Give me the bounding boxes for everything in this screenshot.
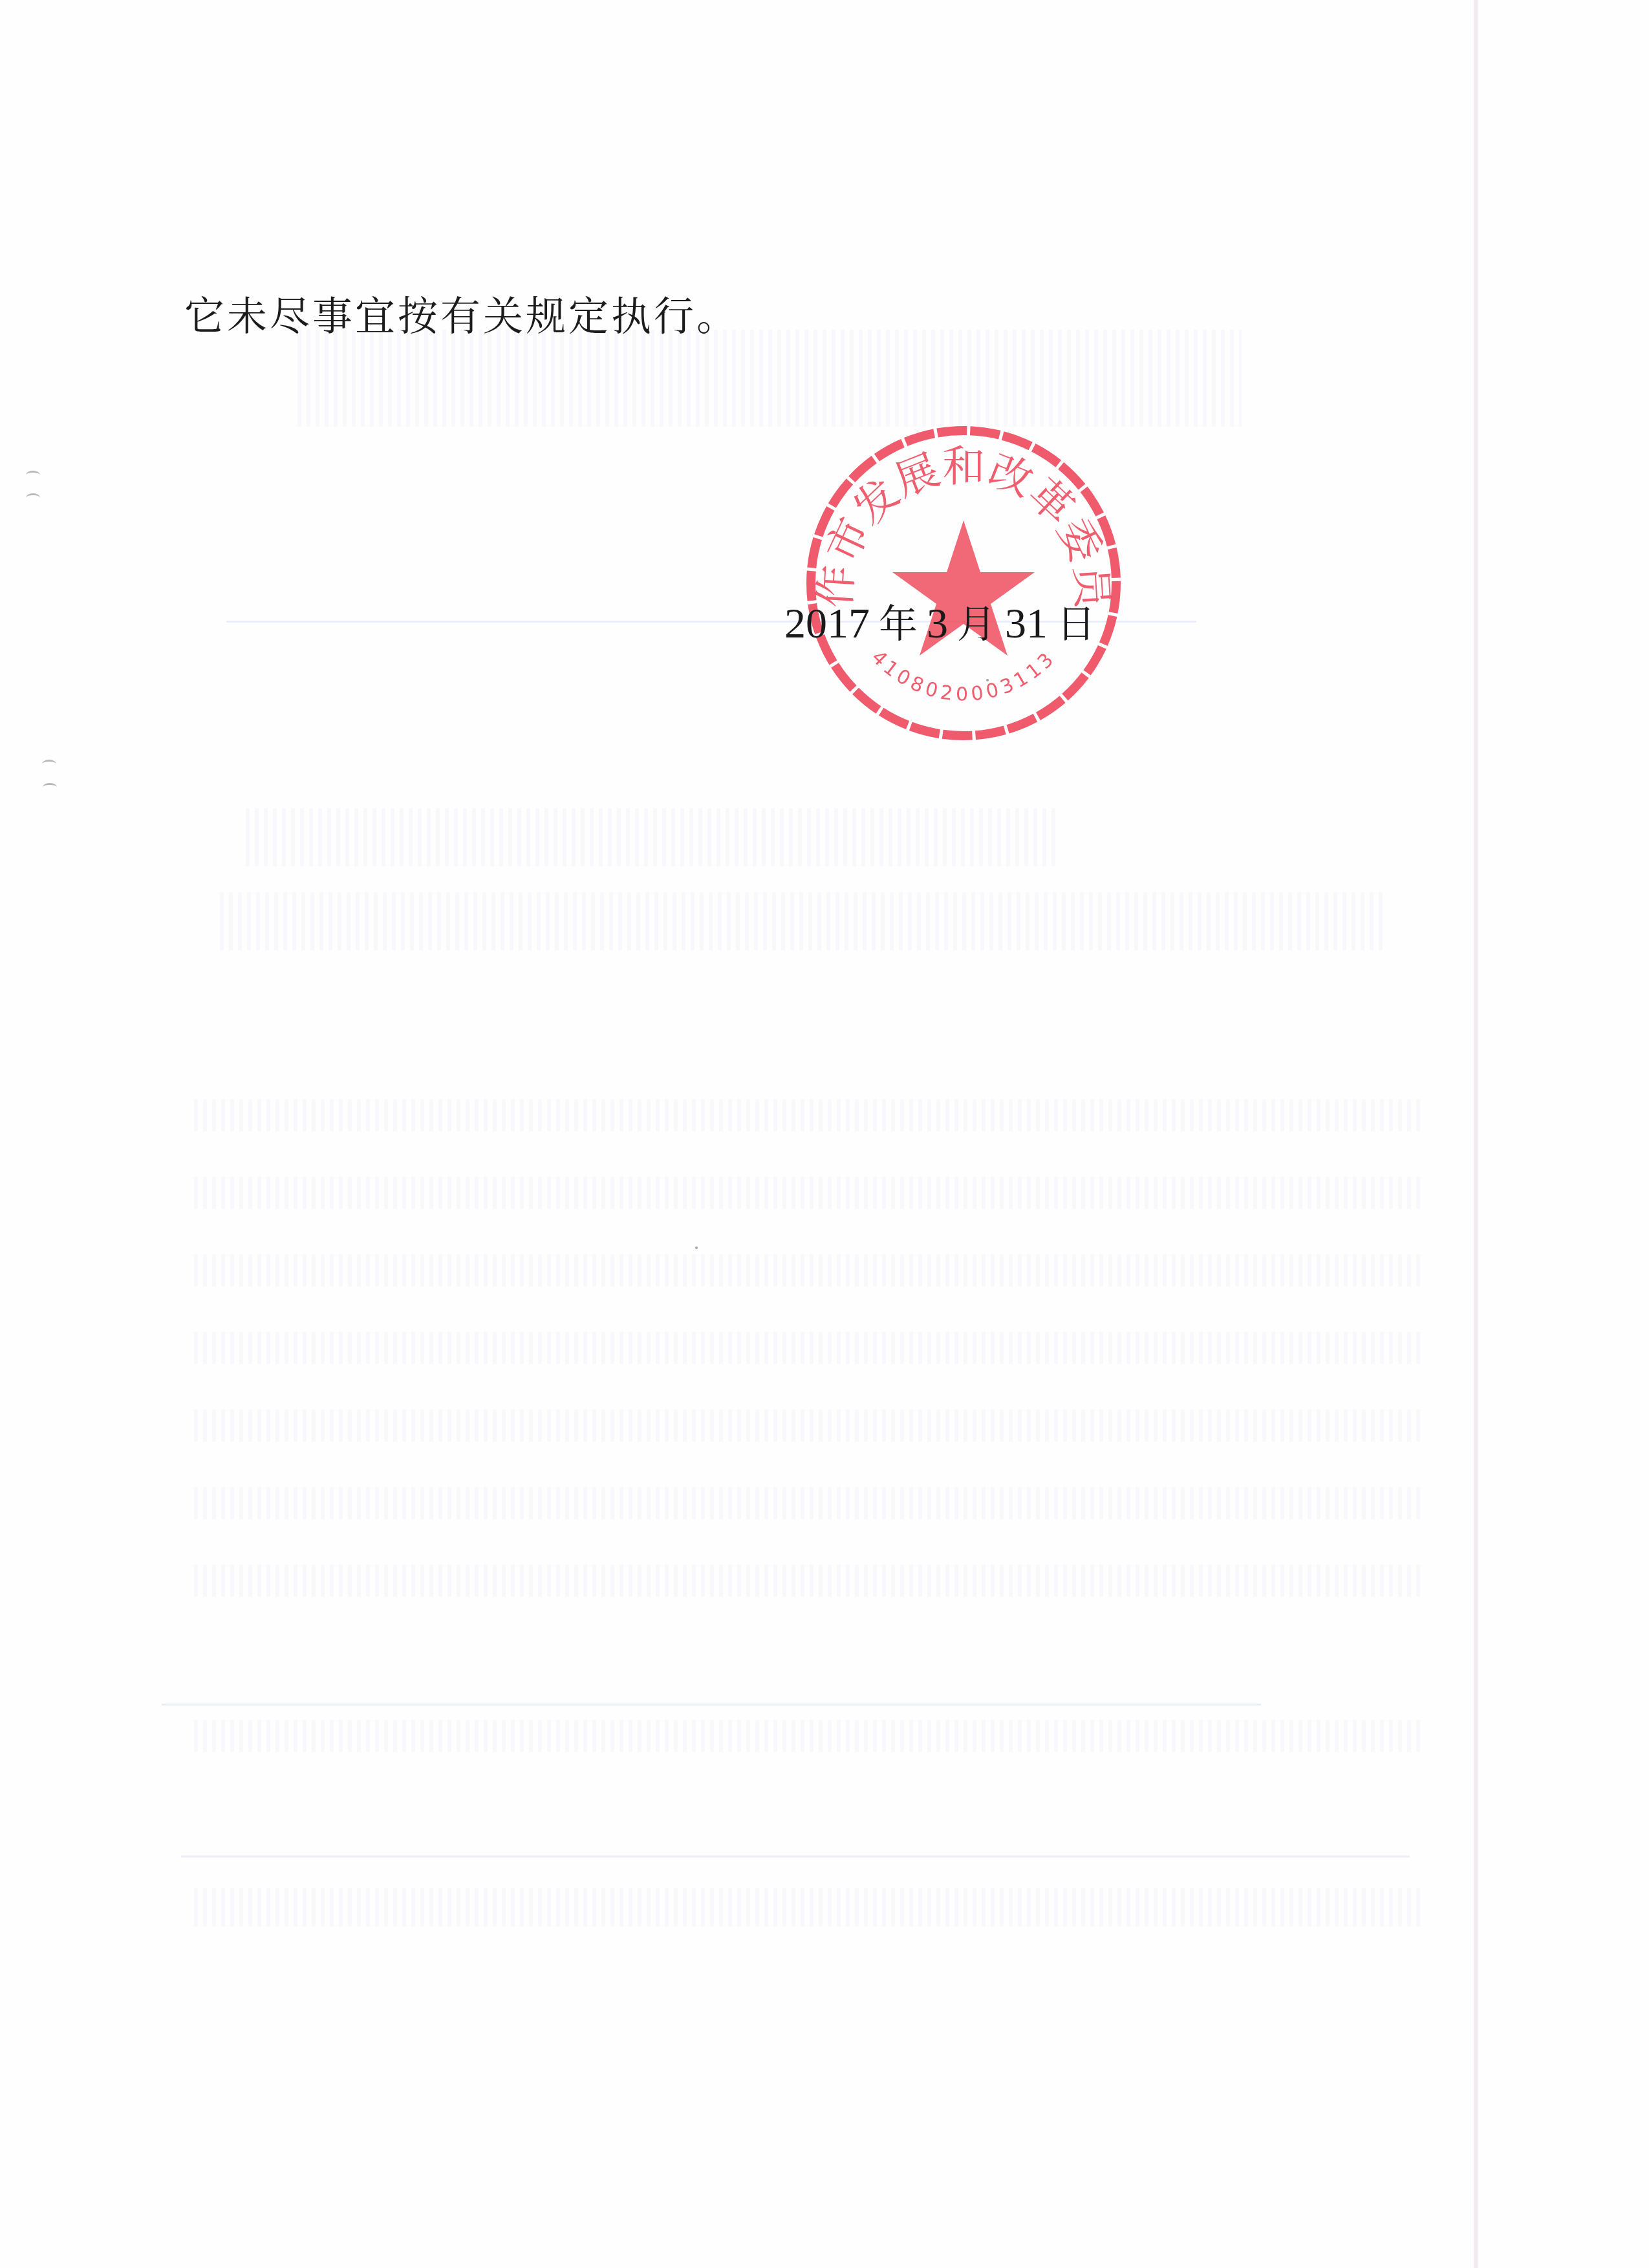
showthrough-noise: [194, 1099, 1423, 1131]
showthrough-noise: [194, 1720, 1423, 1752]
showthrough-noise: [220, 892, 1384, 950]
showthrough-noise: [246, 808, 1061, 866]
showthrough-noise: [297, 330, 1242, 427]
binding-hole-mark: [26, 493, 40, 502]
date-year-unit: 年: [879, 602, 918, 647]
showthrough-noise: [194, 1565, 1423, 1597]
seal-code-text: 4108020003113: [867, 646, 1061, 706]
seal-graphic: 焦作市发展和改革委员会 4108020003113: [794, 414, 1130, 750]
seal-ring: [811, 431, 1116, 736]
date-day: 31: [1005, 600, 1048, 647]
date-month: 3: [927, 600, 948, 647]
scan-speck: [695, 1246, 698, 1249]
scan-speck: [986, 679, 989, 681]
seal-organization-text: 焦作市发展和改革委员会: [794, 414, 1117, 613]
signature-date: 2017年3月31日: [784, 594, 1105, 649]
binding-hole-mark: [42, 760, 56, 768]
showthrough-noise: [194, 1177, 1423, 1209]
showthrough-rule: [181, 1856, 1410, 1857]
showthrough-noise: [194, 1332, 1423, 1364]
showthrough-noise: [194, 1254, 1423, 1287]
date-month-unit: 月: [957, 602, 996, 647]
showthrough-noise: [194, 1487, 1423, 1519]
showthrough-noise: [194, 1409, 1423, 1442]
page-edge: [1474, 0, 1478, 2268]
date-year: 2017: [784, 600, 870, 647]
binding-hole-mark: [43, 783, 57, 791]
showthrough-rule: [162, 1704, 1261, 1706]
body-paragraph-line: 它未尽事宜按有关规定执行。: [184, 284, 739, 342]
document-page: 它未尽事宜按有关规定执行。 焦作市发展和改革委员会 4108020003113 …: [0, 0, 1649, 2268]
official-seal: 焦作市发展和改革委员会 4108020003113: [794, 414, 1130, 750]
showthrough-noise: [194, 1888, 1423, 1927]
date-day-unit: 日: [1057, 602, 1095, 647]
binding-hole-mark: [26, 471, 40, 479]
